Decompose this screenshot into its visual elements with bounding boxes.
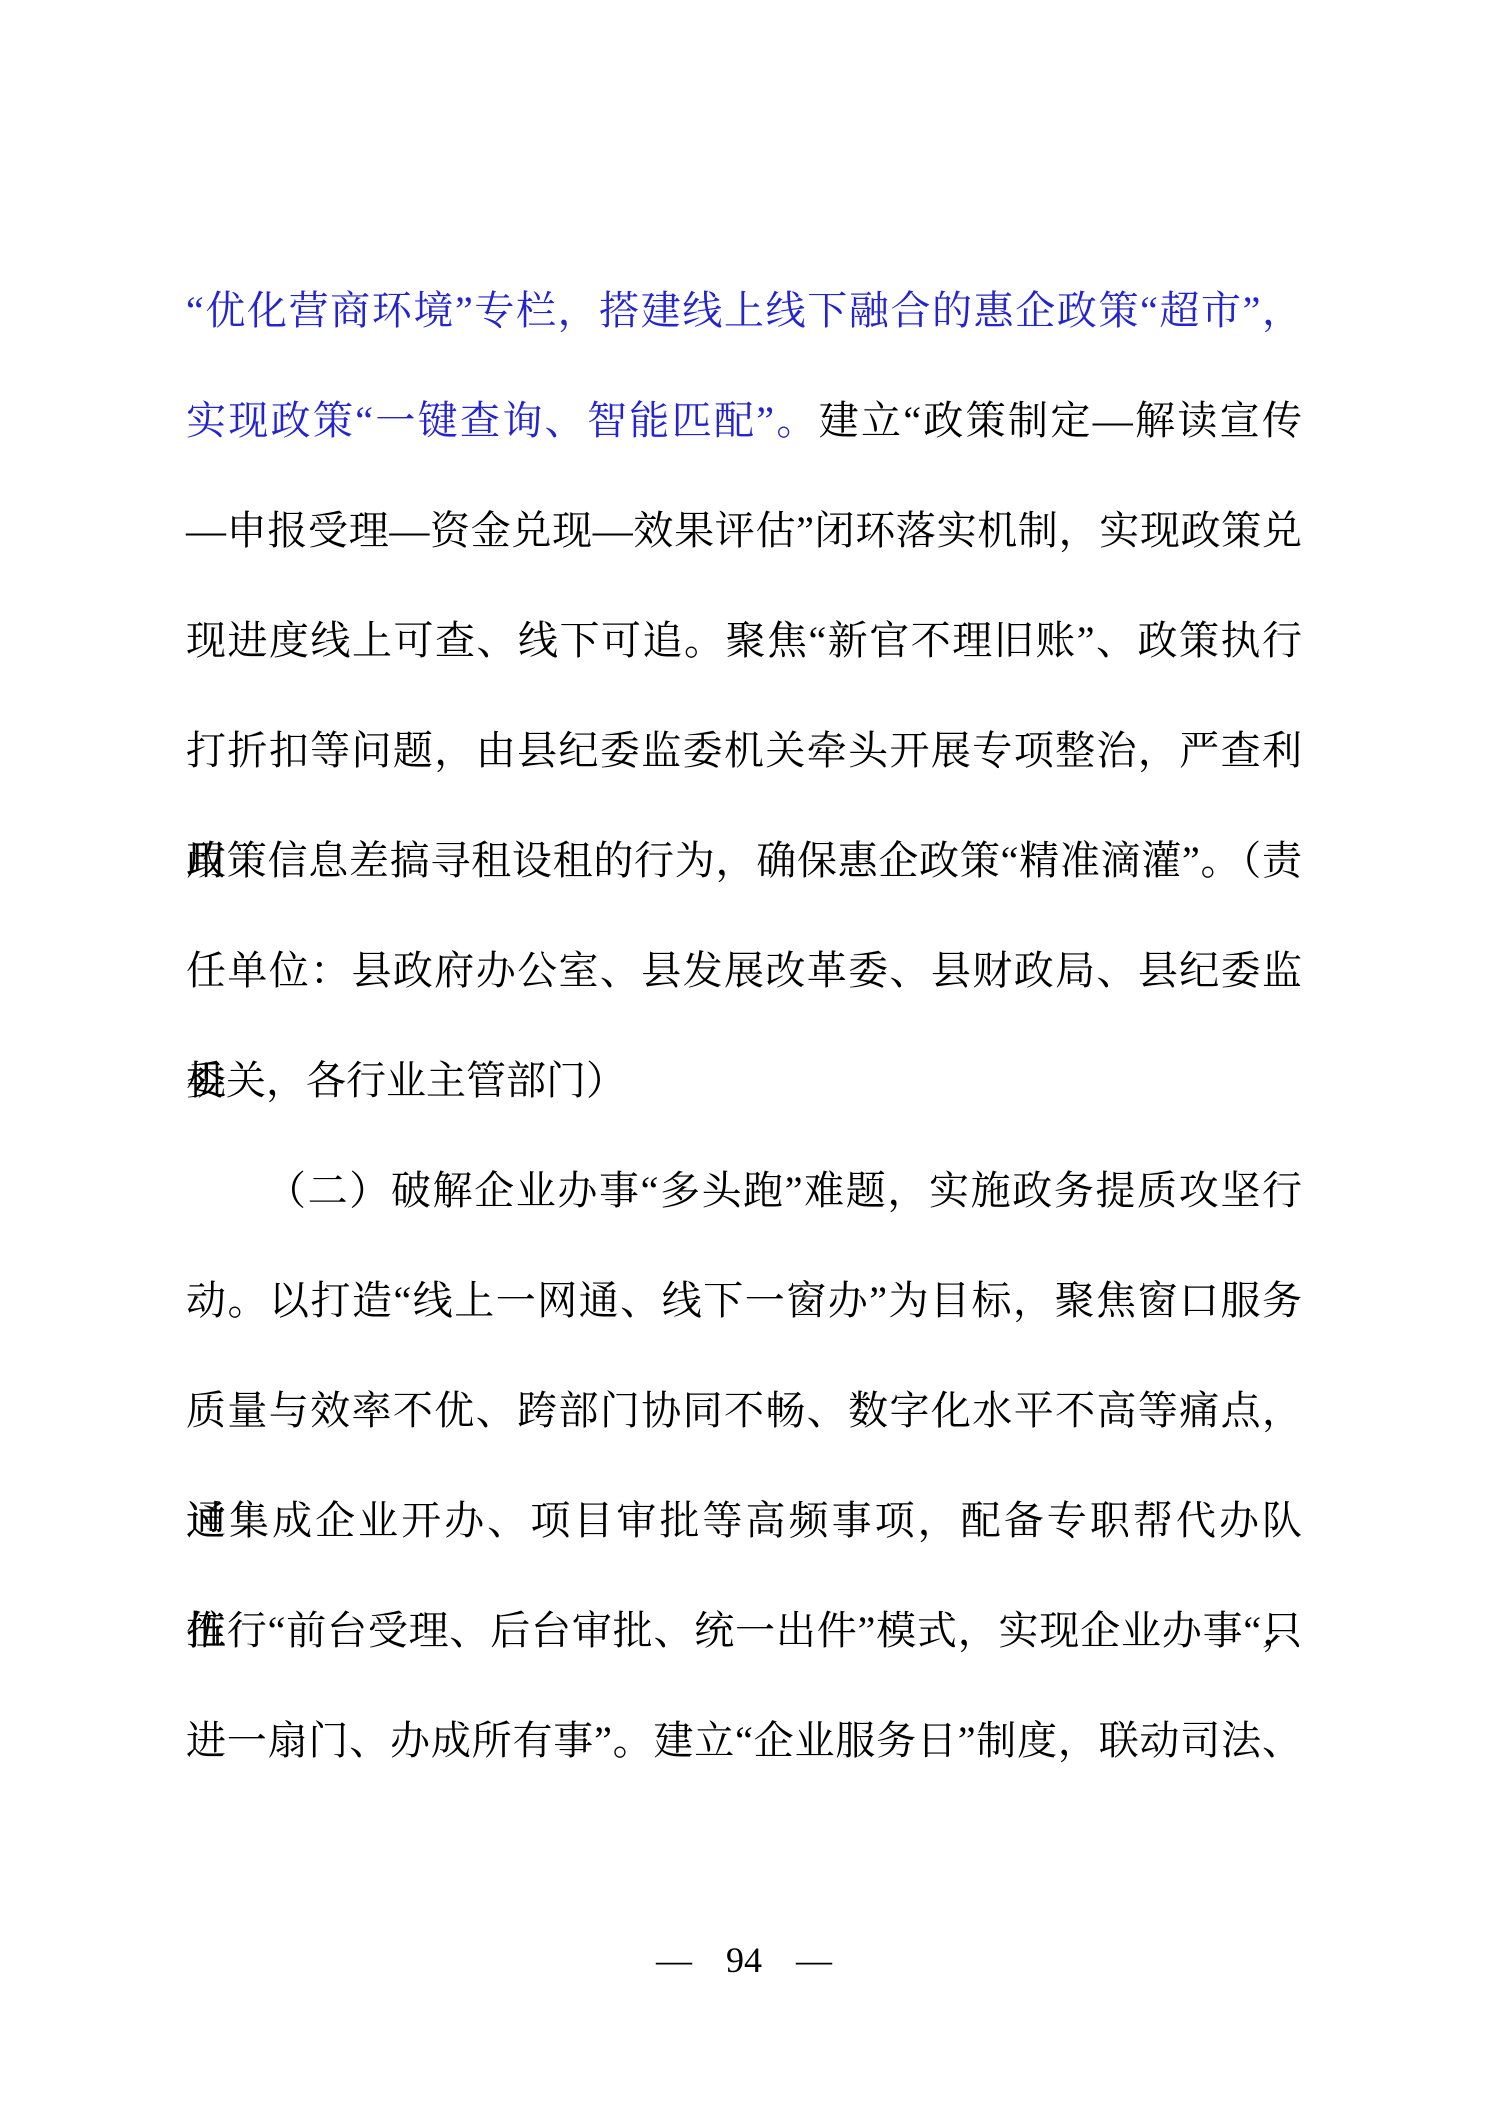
text-line: 政策信息差搞寻租设租的行为，确保惠企政策“精准滴灌”。（责 <box>186 806 1302 916</box>
highlighted-text-segment: 实现政策“一键查询、智能匹配”。 <box>186 398 819 443</box>
body-text-segment: 推行“前台受理、后台审批、统一出件”模式，实现企业办事“只 <box>186 1608 1302 1653</box>
highlighted-text-segment: “优化营商环境”专栏，搭建线上线下融合的惠企政策“超市”， <box>186 288 1302 333</box>
text-line: 过集成企业开办、项目审批等高频事项，配备专职帮代办队伍， <box>186 1466 1302 1576</box>
text-line: 进一扇门、办成所有事”。建立“企业服务日”制度，联动司法、 <box>186 1686 1302 1796</box>
document-page: “优化营商环境”专栏，搭建线上线下融合的惠企政策“超市”，实现政策“一键查询、智… <box>0 0 1488 2105</box>
body-text-segment: 进一扇门、办成所有事”。建立“企业服务日”制度，联动司法、 <box>186 1718 1302 1763</box>
body-text-segment: 现进度线上可查、线下可追。聚焦“新官不理旧账”、政策执行 <box>186 618 1302 663</box>
body-text-segment: —申报受理—资金兑现—效果评估”闭环落实机制，实现政策兑 <box>186 508 1302 553</box>
text-line: 动。以打造“线上一网通、线下一窗办”为目标，聚焦窗口服务 <box>186 1246 1302 1356</box>
body-text-segment: 机关，各行业主管部门） <box>186 1058 626 1103</box>
text-line: 推行“前台受理、后台审批、统一出件”模式，实现企业办事“只 <box>186 1576 1302 1686</box>
document-body: “优化营商环境”专栏，搭建线上线下融合的惠企政策“超市”，实现政策“一键查询、智… <box>186 256 1302 1796</box>
text-line: 质量与效率不优、跨部门协同不畅、数字化水平不高等痛点，通 <box>186 1356 1302 1466</box>
text-line: —申报受理—资金兑现—效果评估”闭环落实机制，实现政策兑 <box>186 476 1302 586</box>
body-text-segment: （二）破解企业办事“多头跑”难题，实施政务提质攻坚行 <box>266 1168 1302 1213</box>
text-line: 打折扣等问题，由县纪委监委机关牵头开展专项整治，严查利用 <box>186 696 1302 806</box>
text-line: 现进度线上可查、线下可追。聚焦“新官不理旧账”、政策执行 <box>186 586 1302 696</box>
page-footer: — 94 — <box>0 1935 1488 1985</box>
body-text-segment: 动。以打造“线上一网通、线下一窗办”为目标，聚焦窗口服务 <box>186 1278 1302 1323</box>
body-text-segment: 政策信息差搞寻租设租的行为，确保惠企政策“精准滴灌”。（责 <box>186 838 1302 883</box>
text-line: 实现政策“一键查询、智能匹配”。建立“政策制定—解读宣传 <box>186 366 1302 476</box>
text-line: （二）破解企业办事“多头跑”难题，实施政务提质攻坚行 <box>186 1136 1302 1246</box>
text-line: 机关，各行业主管部门） <box>186 1026 1302 1136</box>
body-text-segment: 建立“政策制定—解读宣传 <box>819 398 1302 443</box>
text-line: 任单位：县政府办公室、县发展改革委、县财政局、县纪委监委 <box>186 916 1302 1026</box>
footer-dash-right: — <box>796 1935 832 1985</box>
text-line: “优化营商环境”专栏，搭建线上线下融合的惠企政策“超市”， <box>186 256 1302 366</box>
footer-dash-left: — <box>656 1935 692 1985</box>
page-number: 94 <box>726 1935 762 1985</box>
